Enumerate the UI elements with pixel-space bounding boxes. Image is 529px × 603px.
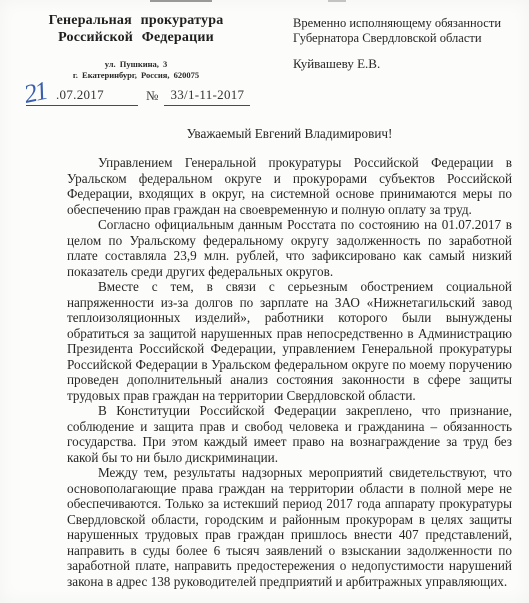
document-number: 33/1-11-2017: [164, 87, 250, 106]
letterhead: Генеральная прокуратура Российской Федер…: [26, 12, 246, 113]
date-month-year: .07.2017: [56, 87, 104, 103]
salutation: Уважаемый Евгений Владимирович!: [67, 126, 512, 142]
addressee-block: Временно исполняющему обязанности Губерн…: [293, 16, 515, 72]
handwritten-day: 21: [23, 84, 54, 100]
letter-body: Управлением Генеральной прокуратуры Росс…: [67, 155, 512, 589]
scan-artifact: [328, 0, 346, 2]
paragraph-3: Вместе с тем, в связи с серьезным обостр…: [67, 279, 512, 403]
addressee-title-line1: Временно исполняющему обязанности: [293, 16, 515, 31]
org-name-line2: Российской Федерации: [26, 29, 246, 46]
scanned-letter-page: Генеральная прокуратура Российской Федер…: [0, 0, 529, 603]
paragraph-5: Между тем, результаты надзорных мероприя…: [67, 465, 512, 589]
addressee-name: Куйвашеву Е.В.: [293, 57, 515, 72]
paragraph-2: Согласно официальным данным Росстата по …: [67, 217, 512, 279]
org-address-line2: г. Екатеринбург, Россия, 620075: [26, 70, 246, 81]
paragraph-1: Управлением Генеральной прокуратуры Росс…: [67, 155, 512, 217]
number-sign: №: [146, 88, 158, 106]
addressee-title-line2: Губернатора Свердловской области: [293, 31, 515, 46]
org-name-line1: Генеральная прокуратура: [26, 12, 246, 29]
date-underline: 21.07.2017: [26, 87, 138, 106]
date-and-number-line: 21.07.2017№33/1-11-2017: [26, 87, 246, 113]
scan-artifact: [150, 0, 212, 2]
org-address-line1: ул. Пушкина, 3: [26, 59, 246, 70]
paragraph-4: В Конституции Российской Федерации закре…: [67, 403, 512, 465]
